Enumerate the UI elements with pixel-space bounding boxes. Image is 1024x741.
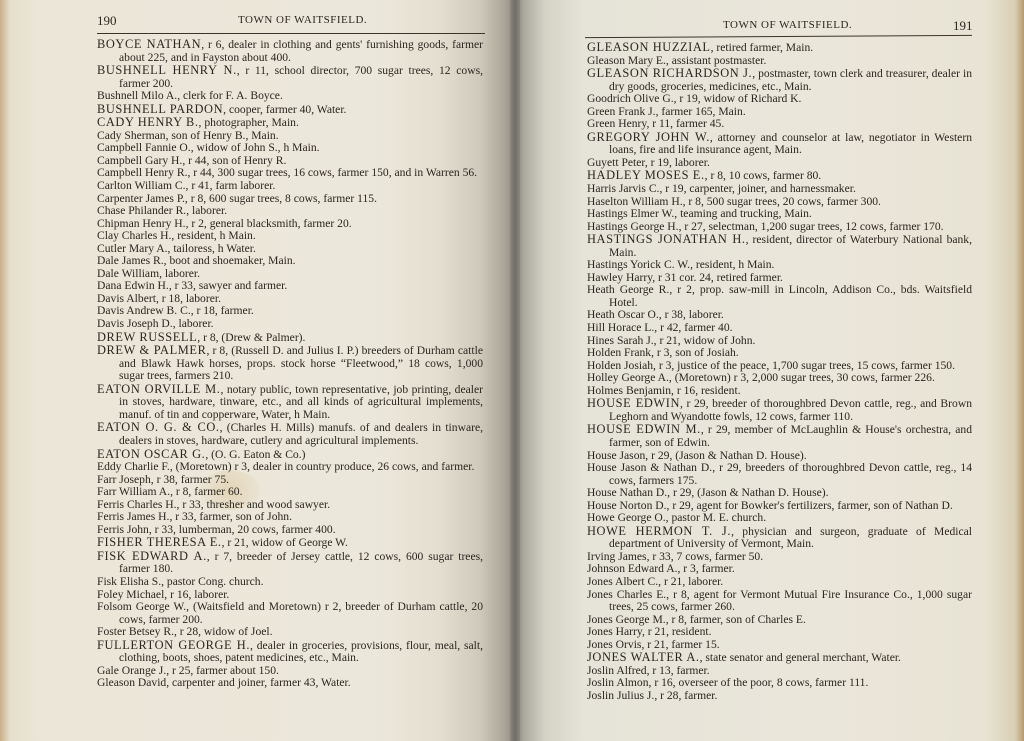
- entry-name: BOYCE NATHAN: [97, 37, 201, 51]
- entry-name: Dale William: [97, 267, 159, 280]
- entry-details: , resident, h Main.: [171, 229, 255, 242]
- entry-name: Jones Harry: [587, 625, 642, 638]
- entry-name: Ferris James H.: [97, 510, 169, 523]
- entry-name: Hill Horace L.: [587, 321, 654, 334]
- directory-entry: HOUSE EDWIN M., r 29, member of McLaughl…: [587, 423, 972, 449]
- entry-details: , farmer 165, Main.: [656, 105, 746, 118]
- directory-entry: EATON OSCAR G., (O. G. Eaton & Co.): [97, 448, 483, 462]
- entry-name: Campbell Henry R.: [97, 166, 187, 179]
- entry-name: Chase Philander R.: [97, 204, 186, 217]
- entry-details: , r 31 cor. 24, retired farmer.: [652, 271, 783, 284]
- entry-details: , (Moretown) r 3, 2,000 sugar trees, 30 …: [669, 371, 935, 384]
- entry-name: Hastings Yorick C. W.: [587, 258, 690, 271]
- entry-name: Joslin Alfred: [587, 664, 647, 677]
- entry-details: , r 33, sawyer and farmer.: [169, 279, 287, 292]
- entry-details: , r 3, justice of the peace, 1,700 sugar…: [653, 359, 955, 372]
- entry-details: , r 28, widow of Joel.: [174, 625, 273, 638]
- entry-details: , r 8, 10 cows, farmer 80.: [705, 169, 822, 182]
- entry-details: , photographer, Main.: [199, 116, 299, 129]
- entry-details: , assistant postmaster.: [666, 54, 766, 67]
- entry-name: Davis Albert: [97, 292, 156, 305]
- entry-name: House Nathan D.: [587, 486, 667, 499]
- entry-details: , boot and shoemaker, Main.: [164, 254, 296, 267]
- entry-details: , r 19, carpenter, joiner, and harnessma…: [659, 182, 855, 195]
- entry-name: BUSHNELL PARDON: [97, 102, 223, 116]
- page-number: 190: [97, 13, 117, 29]
- entry-name: Jones Albert C.: [587, 575, 658, 588]
- entry-name: Haselton William H.: [587, 195, 683, 208]
- header-rule: [585, 35, 972, 38]
- entry-details: , r 33, thresher and wood sawyer.: [177, 498, 331, 511]
- entry-name: HADLEY MOSES E.: [587, 168, 705, 182]
- entry-name: GLEASON RICHARDSON J.: [587, 66, 752, 80]
- directory-entry: FISK EDWARD A., r 7, breeder of Jersey c…: [97, 550, 483, 576]
- entry-name: JONES WALTER A.: [587, 650, 700, 664]
- entry-name: Holley George A.: [587, 371, 669, 384]
- directory-entry: House Jason & Nathan D., r 29, breeders …: [587, 462, 972, 487]
- entry-details: , r 28, farmer.: [654, 689, 717, 702]
- entry-details: , r 21, widow of George W.: [222, 536, 348, 549]
- directory-entry: Joslin Julius J., r 28, farmer.: [587, 690, 972, 703]
- entry-name: House Jason: [587, 449, 645, 462]
- entry-name: Cady Sherman: [97, 129, 166, 142]
- entry-name: Howe George O.: [587, 511, 666, 524]
- entry-details: , r 44, 300 sugar trees, 16 cows, farmer…: [187, 166, 477, 179]
- entry-name: Foley Michael: [97, 588, 164, 601]
- entry-name: HOWE HERMON T. J.: [587, 524, 731, 538]
- entry-details: , laborer.: [173, 317, 214, 330]
- entry-name: Green Frank J.: [587, 105, 656, 118]
- entry-name: Farr Joseph: [97, 473, 151, 486]
- entry-details: , r 8, farmer 60.: [170, 485, 242, 498]
- entry-details: , r 8, 600 sugar trees, 8 cows, farmer 1…: [185, 192, 377, 205]
- entry-details: , widow of John S., h Main.: [191, 141, 320, 154]
- directory-entry: GLEASON RICHARDSON J., postmaster, town …: [587, 67, 972, 93]
- entry-name: EATON OSCAR G.: [97, 447, 205, 461]
- entry-details: , r 18, farmer.: [191, 304, 254, 317]
- entry-name: Joslin Almon: [587, 676, 649, 689]
- entry-name: Farr William A.: [97, 485, 170, 498]
- directory-entry: BUSHNELL PARDON, cooper, farmer 40, Wate…: [97, 103, 483, 117]
- entry-details: , r 13, farmer.: [647, 664, 710, 677]
- directory-entry: JONES WALTER A., state senator and gener…: [587, 651, 972, 665]
- entry-details: , resident, h Main.: [690, 258, 774, 271]
- entry-details: , r 33, farmer, son of John.: [169, 510, 292, 523]
- entry-details: , carpenter and joiner, farmer 43, Water…: [166, 676, 350, 689]
- directory-entry: DREW RUSSELL, r 8, (Drew & Palmer).: [97, 331, 483, 345]
- entry-name: Jones Charles E.: [587, 588, 666, 601]
- entry-name: HOUSE EDWIN: [587, 396, 680, 410]
- entry-name: Chipman Henry H.: [97, 217, 186, 230]
- entry-name: Green Henry: [587, 117, 646, 130]
- entry-details: , laborer.: [159, 267, 200, 280]
- entry-name: Davis Andrew B. C.: [97, 304, 191, 317]
- entry-name: Holden Frank: [587, 346, 651, 359]
- directory-entry: Folsom George W., (Waitsfield and Moreto…: [97, 601, 483, 626]
- directory-entry-list: GLEASON HUZZIAL, retired farmer, Main.Gl…: [587, 41, 972, 702]
- entry-name: Johnson Edward A.: [587, 562, 678, 575]
- entry-details: , r 29, (Jason & Nathan D. House).: [645, 449, 806, 462]
- entry-name: Cutler Mary A.: [97, 242, 168, 255]
- entry-details: , pastor M. E. church.: [666, 511, 766, 524]
- entry-name: Gleason Mary E.: [587, 54, 666, 67]
- entry-details: , r 41, farm laborer.: [186, 179, 276, 192]
- entry-details: , r 27, selectman, 1,200 sugar trees, 12…: [679, 220, 944, 233]
- directory-entry: FISHER THERESA E., r 21, widow of George…: [97, 536, 483, 550]
- entry-name: Foster Betsey R.: [97, 625, 174, 638]
- entry-details: , retired farmer, Main.: [711, 41, 814, 54]
- entry-name: Guyett Peter: [587, 156, 645, 169]
- entry-details: , teaming and trucking, Main.: [674, 207, 811, 220]
- running-head: TOWN OF WAITSFIELD.: [723, 19, 852, 31]
- entry-details: , state senator and general merchant, Wa…: [700, 651, 901, 664]
- running-head: TOWN OF WAITSFIELD.: [238, 14, 367, 26]
- entry-name: DREW RUSSELL: [97, 330, 197, 344]
- entry-details: , r 25, farmer about 150.: [166, 664, 279, 677]
- entry-details: , r 21, laborer.: [658, 575, 723, 588]
- entry-details: , clerk for F. A. Boyce.: [177, 89, 283, 102]
- entry-name: Dana Edwin H.: [97, 279, 169, 292]
- entry-name: Ferris Charles H.: [97, 498, 177, 511]
- entry-name: Harris Jarvis C.: [587, 182, 659, 195]
- entry-name: GLEASON HUZZIAL: [587, 40, 711, 54]
- header-rule: [97, 33, 485, 34]
- entry-details: , son of Henry B., Main.: [166, 129, 279, 142]
- directory-entry: HOUSE EDWIN, r 29, breeder of thoroughbr…: [587, 397, 972, 423]
- entry-name: FULLERTON GEORGE H.: [97, 638, 250, 652]
- directory-entry: Heath George R., r 2, prop. saw-mill in …: [587, 284, 972, 309]
- entry-details: , r 33, lumberman, 20 cows, farmer 400.: [149, 523, 336, 536]
- book-gutter: [510, 0, 520, 741]
- entry-name: Hastings George H.: [587, 220, 679, 233]
- entry-details: , r 8, 500 sugar trees, 20 cows, farmer …: [683, 195, 881, 208]
- entry-name: Campbell Fannie O.: [97, 141, 191, 154]
- entry-name: Fisk Elisha S.: [97, 575, 161, 588]
- entry-details: , (Moretown) r 3, dealer in country prod…: [170, 460, 475, 473]
- entry-name: House Norton D.: [587, 499, 667, 512]
- entry-name: Holden Josiah: [587, 359, 653, 372]
- entry-details: , r 8, (Drew & Palmer).: [197, 331, 305, 344]
- entry-name: House Jason & Nathan D.: [587, 461, 712, 474]
- entry-details: , r 38, farmer 75.: [151, 473, 229, 486]
- directory-entry: DREW & PALMER, r 8, (Russell D. and Juli…: [97, 344, 483, 383]
- directory-entry: HADLEY MOSES E., r 8, 10 cows, farmer 80…: [587, 169, 972, 183]
- entry-details: , r 11, farmer 45.: [646, 117, 724, 130]
- entry-name: Carlton William C.: [97, 179, 186, 192]
- entry-name: Gleason David: [97, 676, 166, 689]
- entry-details: , tailoress, h Water.: [168, 242, 256, 255]
- entry-name: EATON ORVILLE M.: [97, 382, 220, 396]
- directory-entry: BUSHNELL HENRY N., r 11, school director…: [97, 64, 483, 90]
- entry-details: , r 16, laborer.: [164, 588, 229, 601]
- entry-details: , r 19, widow of Richard K.: [674, 92, 802, 105]
- entry-name: FISK EDWARD A.: [97, 549, 207, 563]
- directory-entry: Gleason David, carpenter and joiner, far…: [97, 677, 483, 690]
- entry-details: , r 2, general blacksmith, farmer 20.: [186, 217, 352, 230]
- entry-name: Hastings Elmer W.: [587, 207, 674, 220]
- book-spread: 190 TOWN OF WAITSFIELD. BOYCE NATHAN, r …: [0, 0, 1024, 741]
- entry-details: , cooper, farmer 40, Water.: [223, 103, 346, 116]
- entry-details: , r 8, farmer, son of Charles E.: [666, 613, 806, 626]
- entry-name: Goodrich Olive G.: [587, 92, 674, 105]
- entry-details: , r 3, farmer.: [678, 562, 735, 575]
- entry-name: Carpenter James P.: [97, 192, 185, 205]
- left-page: 190 TOWN OF WAITSFIELD. BOYCE NATHAN, r …: [0, 0, 515, 741]
- entry-details: , r 21, farmer 15.: [641, 638, 719, 651]
- directory-entry: GLEASON HUZZIAL, retired farmer, Main.: [587, 41, 972, 55]
- entry-details: , r 19, laborer.: [645, 156, 710, 169]
- entry-details: , r 3, son of Josiah.: [651, 346, 739, 359]
- entry-name: Ferris John: [97, 523, 149, 536]
- entry-details: , r 42, farmer 40.: [654, 321, 732, 334]
- entry-details: , laborer.: [186, 204, 227, 217]
- entry-name: Hawley Harry: [587, 271, 652, 284]
- entry-name: HOUSE EDWIN M.: [587, 422, 701, 436]
- directory-entry: EATON O. G. & CO., (Charles H. Mills) ma…: [97, 421, 483, 447]
- entry-name: HASTINGS JONATHAN H.: [587, 232, 746, 246]
- entry-name: Jones Orvis: [587, 638, 641, 651]
- entry-name: Folsom George W.: [97, 600, 186, 613]
- directory-entry: GREGORY JOHN W., attorney and counselor …: [587, 131, 972, 157]
- directory-entry-list: BOYCE NATHAN, r 6, dealer in clothing an…: [97, 38, 483, 690]
- entry-name: CADY HENRY B.: [97, 115, 199, 129]
- entry-name: Gale Orange J.: [97, 664, 166, 677]
- entry-details: , r 21, resident.: [642, 625, 712, 638]
- entry-details: , r 38, laborer.: [659, 308, 724, 321]
- entry-details: , r 29, agent for Bowker's fertilizers, …: [667, 499, 953, 512]
- entry-details: , r 16, resident.: [671, 384, 741, 397]
- directory-entry: BOYCE NATHAN, r 6, dealer in clothing an…: [97, 38, 483, 64]
- entry-name: GREGORY JOHN W.: [587, 130, 710, 144]
- entry-name: Heath Oscar O.: [587, 308, 659, 321]
- entry-details: , r 29, (Jason & Nathan D. House).: [667, 486, 828, 499]
- page-number: 191: [953, 18, 973, 34]
- entry-name: Joslin Julius J.: [587, 689, 654, 702]
- entry-name: Jones George M.: [587, 613, 666, 626]
- entry-details: , r 16, overseer of the poor, 8 cows, fa…: [649, 676, 869, 689]
- entry-details: , r 21, widow of John.: [654, 334, 756, 347]
- entry-name: Heath George R.: [587, 283, 669, 296]
- entry-name: Campbell Gary H.: [97, 154, 182, 167]
- directory-entry: HASTINGS JONATHAN H., resident, director…: [587, 233, 972, 259]
- entry-details: , (O. G. Eaton & Co.): [205, 448, 305, 461]
- entry-name: Davis Joseph D.: [97, 317, 173, 330]
- entry-name: Eddy Charlie F.: [97, 460, 170, 473]
- entry-name: Hines Sarah J.: [587, 334, 654, 347]
- directory-entry: EATON ORVILLE M., notary public, town re…: [97, 383, 483, 422]
- entry-name: EATON O. G. & CO.: [97, 420, 220, 434]
- entry-name: Holmes Benjamin: [587, 384, 671, 397]
- directory-entry: FULLERTON GEORGE H., dealer in groceries…: [97, 639, 483, 665]
- directory-entry: Jones Charles E., r 8, agent for Vermont…: [587, 589, 972, 614]
- directory-entry: CADY HENRY B., photographer, Main.: [97, 116, 483, 130]
- entry-name: Bushnell Milo A.: [97, 89, 177, 102]
- entry-name: Irving James: [587, 550, 647, 563]
- entry-name: FISHER THERESA E.: [97, 535, 222, 549]
- entry-name: Dale James R.: [97, 254, 164, 267]
- right-page: TOWN OF WAITSFIELD. 191 GLEASON HUZZIAL,…: [515, 0, 1024, 741]
- entry-name: Clay Charles H.: [97, 229, 171, 242]
- entry-details: , r 18, laborer.: [156, 292, 221, 305]
- entry-details: , pastor Cong. church.: [161, 575, 263, 588]
- entry-details: , r 44, son of Henry R.: [182, 154, 286, 167]
- entry-name: DREW & PALMER: [97, 343, 206, 357]
- entry-details: , r 33, 7 cows, farmer 50.: [647, 550, 764, 563]
- directory-entry: HOWE HERMON T. J., physician and surgeon…: [587, 525, 972, 551]
- entry-name: BUSHNELL HENRY N.: [97, 63, 237, 77]
